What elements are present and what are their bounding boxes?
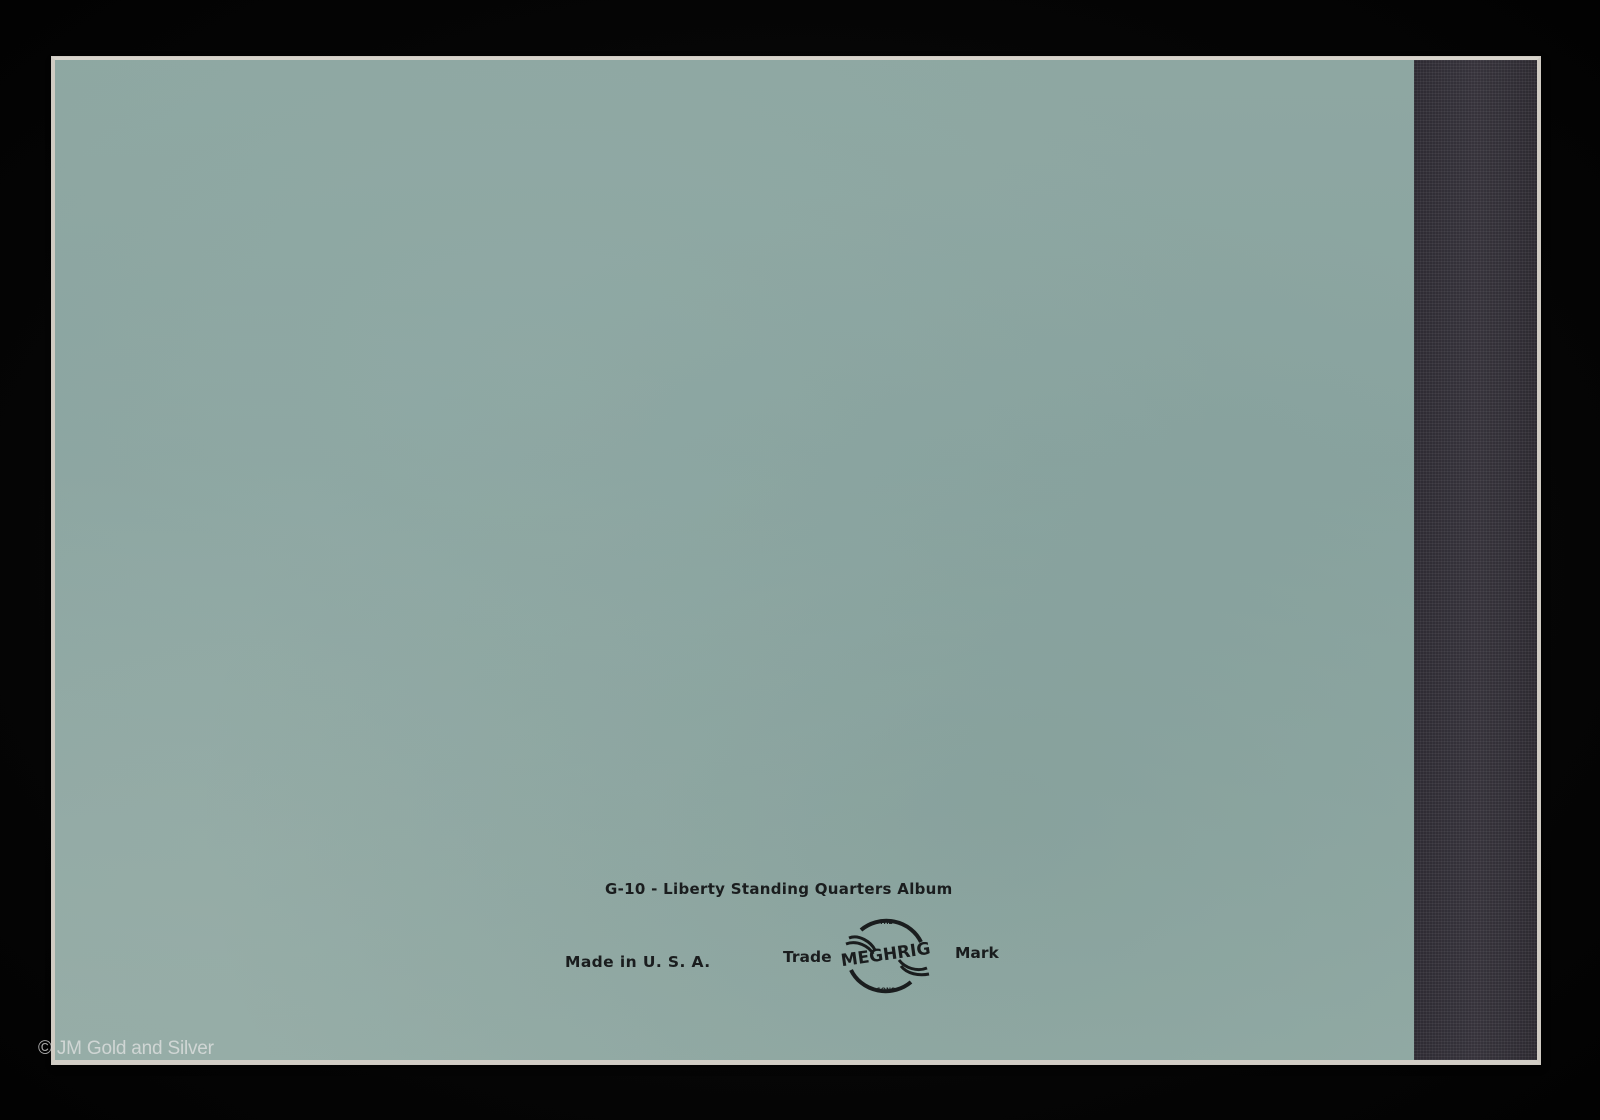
cover-board: G-10 - Liberty Standing Quarters Album M…: [52, 57, 1414, 1064]
logo-top-text: THE: [879, 919, 892, 926]
trade-text: Trade: [783, 948, 832, 966]
logo-bottom-text: SONS: [877, 987, 896, 994]
album-title-line: G-10 - Liberty Standing Quarters Album: [605, 880, 953, 898]
meghrig-logo-icon: THE MEGHRIG SONS: [841, 912, 931, 996]
cloth-spine: [1414, 57, 1540, 1064]
copyright-watermark: © JM Gold and Silver: [38, 1038, 214, 1060]
made-in-usa-text: Made in U. S. A.: [565, 953, 711, 971]
mark-text: Mark: [955, 944, 999, 962]
album-back-cover: G-10 - Liberty Standing Quarters Album M…: [52, 57, 1540, 1064]
